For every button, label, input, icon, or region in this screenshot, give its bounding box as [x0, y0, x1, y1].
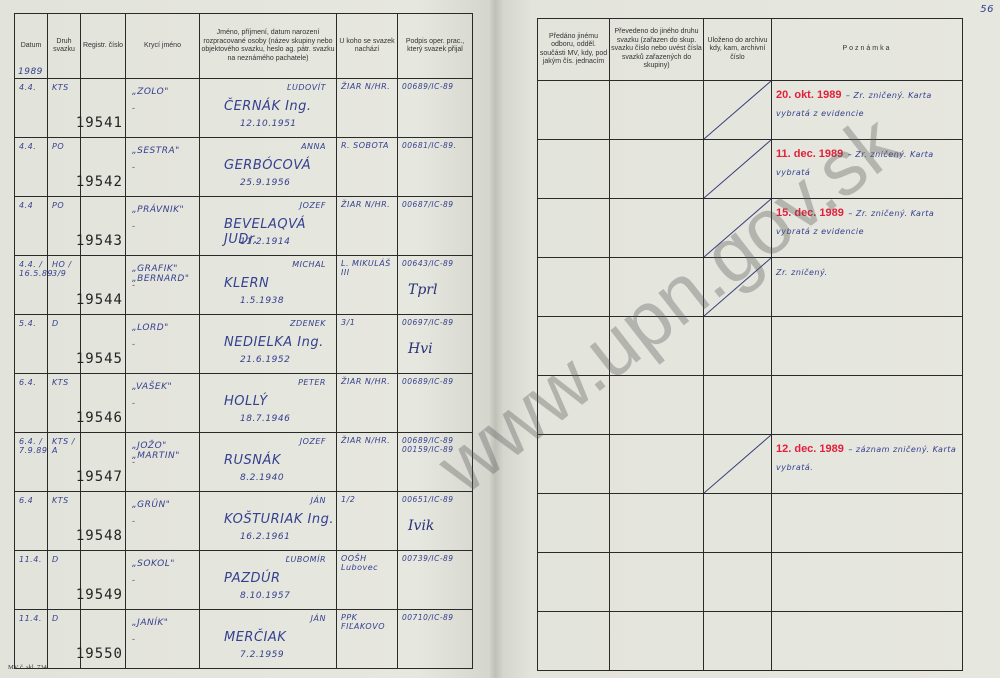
officer-reference: 00739/IC-89 [402, 554, 454, 563]
date-stamp: 12. dec. 1989 [776, 443, 844, 455]
archived-cell [704, 612, 772, 671]
header-kryci-jmeno: Krycí jméno [126, 14, 200, 79]
note-cell [772, 317, 963, 376]
first-name: JOZEF [300, 201, 326, 210]
header-predano: Předáno jinému odboru, odděl. součásti M… [538, 19, 610, 81]
person-cell: JÁNKOŠTURIAK Ing.16.2.1961 [200, 492, 337, 551]
person-cell: JOZEFBEVELAQVÁ JUDr.11.2.1914 [200, 197, 337, 256]
person-cell: ANNAGERBÓCOVÁ25.9.1956 [200, 138, 337, 197]
register-row: 11.4.D19549„SOKOL"-ĽUBOMÍRPAZDÚR8.10.195… [15, 551, 473, 610]
entry-date: 11.4. [19, 614, 42, 623]
archived-cell [704, 199, 772, 258]
note-cell: 11. dec. 1989 – Zr. zničený. Karta vybra… [772, 140, 963, 199]
location-cell: ŽIAR N/HR. [337, 197, 398, 256]
converted-cell [610, 317, 704, 376]
reg-cell: 19542 [81, 138, 126, 197]
signature-cell: 00681/IC-89. [398, 138, 473, 197]
surname: MERČIAK [224, 630, 286, 645]
first-name: ANNA [301, 142, 326, 151]
transferred-cell [538, 140, 610, 199]
signature-cell: 00687/IC-89 [398, 197, 473, 256]
first-name: PETER [298, 378, 326, 387]
birth-date: 8.10.1957 [240, 591, 290, 601]
register-row-right: 11. dec. 1989 – Zr. zničený. Karta vybra… [538, 140, 963, 199]
cover-name: „GRAFIK" „BERNARD" [132, 264, 199, 284]
register-row-right: 12. dec. 1989 – záznam zničený. Karta vy… [538, 435, 963, 494]
location-cell: 3/1 [337, 315, 398, 374]
converted-cell [610, 494, 704, 553]
registration-number: 19545 [76, 351, 123, 367]
cover-name: „VAŠEK" [132, 382, 172, 392]
officer-reference: 00687/IC-89 [402, 200, 454, 209]
date-cell: 4.4. [15, 79, 48, 138]
archived-cell [704, 435, 772, 494]
signature-cell: 00739/IC-89 [398, 551, 473, 610]
reg-cell: 19549 [81, 551, 126, 610]
date-cell: 4.4. [15, 138, 48, 197]
registration-number: 19541 [76, 115, 123, 131]
note-cell [772, 553, 963, 612]
diagonal-strike-icon [704, 81, 771, 139]
transferred-cell [538, 435, 610, 494]
file-kind: D [52, 555, 59, 564]
date-cell: 4.4 [15, 197, 48, 256]
file-location: ŽIAR N/HR. [341, 377, 390, 386]
note-cell: 20. okt. 1989 – Zr. zničený. Karta vybra… [772, 81, 963, 140]
birth-date: 21.6.1952 [240, 355, 290, 365]
registration-number: 19543 [76, 233, 123, 249]
entry-date: 4.4. [19, 142, 36, 151]
register-row-right [538, 553, 963, 612]
cover-cell: „JANÍK"- [126, 610, 200, 669]
surname: GERBÓCOVÁ [224, 158, 311, 173]
signature-cell: 00689/IC-89 00159/IC-89 [398, 433, 473, 492]
registration-number: 19547 [76, 469, 123, 485]
note-cell [772, 376, 963, 435]
date-cell: 6.4. [15, 374, 48, 433]
diagonal-strike-icon [704, 140, 771, 198]
transferred-cell [538, 317, 610, 376]
officer-reference: 00681/IC-89. [402, 141, 456, 150]
note-text: Zr. zničený. [776, 268, 828, 277]
officer-reference: 00651/IC-89 [402, 495, 454, 504]
header-poznamka: Poznámka [772, 19, 963, 81]
signature-cell: 00643/IC-89Tprl [398, 256, 473, 315]
register-row-right [538, 612, 963, 671]
surname: KOŠTURIAK Ing. [224, 512, 334, 527]
register-row: 4.4PO19543„PRÁVNIK"-JOZEFBEVELAQVÁ JUDr.… [15, 197, 473, 256]
location-cell: ŽIAR N/HR. [337, 433, 398, 492]
register-row-right: 20. okt. 1989 – Zr. zničený. Karta vybra… [538, 81, 963, 140]
registration-number: 19549 [76, 587, 123, 603]
converted-cell [610, 435, 704, 494]
date-stamp: 15. dec. 1989 [776, 207, 844, 219]
entry-date: 6.4. / 7.9.89 [19, 437, 47, 455]
reg-cell: 19546 [81, 374, 126, 433]
register-row: 6.4. / 7.9.89KTS / A19547„JOŽO" „MARTIN"… [15, 433, 473, 492]
archived-cell [704, 258, 772, 317]
registration-number: 19546 [76, 410, 123, 426]
birth-date: 11.2.1914 [240, 237, 290, 247]
cover-cell: „SESTRA"- [126, 138, 200, 197]
diagonal-strike-icon [704, 435, 771, 493]
header-druh-svazku: Druh svazku [48, 14, 81, 79]
header-ulozeno: Uloženo do archivu kdy, kam, archivní čí… [704, 19, 772, 81]
file-kind: KTS / A [52, 437, 80, 455]
register-row: 4.4.PO19542„SESTRA"-ANNAGERBÓCOVÁ25.9.19… [15, 138, 473, 197]
register-row: 11.4.D19550„JANÍK"-JÁNMERČIAK7.2.1959PPK… [15, 610, 473, 669]
birth-date: 7.2.1959 [240, 650, 284, 660]
person-cell: PETERHOLLÝ18.7.1946 [200, 374, 337, 433]
first-name: ZDENEK [290, 319, 326, 328]
signature-mark: Ivik [408, 518, 434, 534]
date-stamp: 20. okt. 1989 [776, 89, 841, 101]
register-row-right [538, 376, 963, 435]
cover-name: „PRÁVNIK" [132, 205, 184, 215]
file-kind: HO / 3/9 [52, 260, 80, 278]
transferred-cell [538, 376, 610, 435]
signature-cell: 00710/IC-89 [398, 610, 473, 669]
page-number: 56 [980, 4, 994, 15]
registration-number: 19542 [76, 174, 123, 190]
register-row: 5.4.D19545„LORD"-ZDENEKNEDIELKA Ing.21.6… [15, 315, 473, 374]
cover-cell: „GRÜN"- [126, 492, 200, 551]
reg-cell: 19541 [81, 79, 126, 138]
person-cell: JÁNMERČIAK7.2.1959 [200, 610, 337, 669]
converted-cell [610, 199, 704, 258]
entry-date: 6.4 [19, 496, 33, 505]
location-cell: PPK FIĽAKOVO [337, 610, 398, 669]
first-name: JÁN [311, 614, 326, 623]
location-cell: R. SOBOTA [337, 138, 398, 197]
location-cell: L. MIKULÁŠ III [337, 256, 398, 315]
cover-name: „LORD" [132, 323, 169, 333]
location-cell: ŽIAR N/HR. [337, 374, 398, 433]
diagonal-strike-icon [704, 258, 771, 316]
file-location: OOŠH Lubovec [341, 554, 397, 572]
location-cell: OOŠH Lubovec [337, 551, 398, 610]
note-cell: 15. dec. 1989 – Zr. zničený. Karta vybra… [772, 199, 963, 258]
surname: RUSNÁK [224, 453, 281, 468]
cover-cell: „PRÁVNIK"- [126, 197, 200, 256]
register-row: 4.4.KTS19541„ZOLO"-ĽUDOVÍTČERNÁK Ing.12.… [15, 79, 473, 138]
header-datum: Datum1989 [15, 14, 48, 79]
person-cell: JOZEFRUSNÁK8.2.1940 [200, 433, 337, 492]
file-location: PPK FIĽAKOVO [341, 613, 397, 631]
transferred-cell [538, 553, 610, 612]
person-cell: ZDENEKNEDIELKA Ing.21.6.1952 [200, 315, 337, 374]
header-podpis: Podpis oper. prac., který svazek přijal [398, 14, 473, 79]
register-row: 6.4KTS19548„GRÜN"-JÁNKOŠTURIAK Ing.16.2.… [15, 492, 473, 551]
surname: KLERN [224, 276, 269, 291]
file-location: R. SOBOTA [341, 141, 389, 150]
cover-name: „SESTRA" [132, 146, 180, 156]
signature-cell: 00651/IC-89Ivik [398, 492, 473, 551]
transferred-cell [538, 81, 610, 140]
reg-cell: 19544 [81, 256, 126, 315]
cover-name: „GRÜN" [132, 500, 170, 510]
file-location: ŽIAR N/HR. [341, 436, 390, 445]
signature-cell: 00697/IC-89Hvi [398, 315, 473, 374]
file-kind: D [52, 614, 59, 623]
entry-date: 6.4. [19, 378, 36, 387]
year-label: 1989 [18, 68, 43, 77]
file-kind: KTS [52, 378, 69, 387]
file-location: 1/2 [341, 495, 355, 504]
first-name: JOZEF [300, 437, 326, 446]
register-row-right: 15. dec. 1989 – Zr. zničený. Karta vybra… [538, 199, 963, 258]
surname: ČERNÁK Ing. [224, 99, 312, 114]
register-row-right [538, 317, 963, 376]
file-kind: KTS [52, 83, 69, 92]
date-cell: 11.4. [15, 610, 48, 669]
reg-cell: 19548 [81, 492, 126, 551]
converted-cell [610, 140, 704, 199]
note-cell: Zr. zničený. [772, 258, 963, 317]
date-cell: 6.4. / 7.9.89 [15, 433, 48, 492]
first-name: MICHAL [292, 260, 326, 269]
transferred-cell [538, 612, 610, 671]
reg-cell: 19550 [81, 610, 126, 669]
date-cell: 6.4 [15, 492, 48, 551]
first-name: ĽUDOVÍT [287, 83, 326, 92]
header-jmeno-prijmeni: Jméno, příjmení, datum narození rozpraco… [200, 14, 337, 79]
register-row-right: Zr. zničený. [538, 258, 963, 317]
registration-number: 19544 [76, 292, 123, 308]
entry-date: 4.4. [19, 83, 36, 92]
officer-reference: 00697/IC-89 [402, 318, 454, 327]
cover-name: „JANÍK" [132, 618, 168, 628]
cover-name: „ZOLO" [132, 87, 169, 97]
file-location: L. MIKULÁŠ III [341, 259, 397, 277]
reg-cell: 19545 [81, 315, 126, 374]
file-kind: PO [52, 142, 64, 151]
birth-date: 8.2.1940 [240, 473, 284, 483]
signature-cell: 00689/IC-89 [398, 79, 473, 138]
reg-cell: 19543 [81, 197, 126, 256]
person-cell: MICHALKLERN1.5.1938 [200, 256, 337, 315]
date-cell: 11.4. [15, 551, 48, 610]
date-stamp: 11. dec. 1989 [776, 148, 843, 160]
archived-cell [704, 140, 772, 199]
officer-reference: 00710/IC-89 [402, 613, 454, 622]
entry-date: 5.4. [19, 319, 36, 328]
transferred-cell [538, 494, 610, 553]
first-name: JÁN [311, 496, 326, 505]
surname: NEDIELKA Ing. [224, 335, 324, 350]
first-name: ĽUBOMÍR [286, 555, 326, 564]
cover-cell: „VAŠEK"- [126, 374, 200, 433]
cover-name: „JOŽO" „MARTIN" [132, 441, 199, 461]
birth-date: 16.2.1961 [240, 532, 290, 542]
signature-cell: 00689/IC-89 [398, 374, 473, 433]
registration-number: 19550 [76, 646, 123, 662]
entry-date: 4.4 [19, 201, 33, 210]
register-row-right [538, 494, 963, 553]
person-cell: ĽUBOMÍRPAZDÚR8.10.1957 [200, 551, 337, 610]
cover-cell: „GRAFIK" „BERNARD"- [126, 256, 200, 315]
signature-mark: Hvi [408, 341, 433, 357]
note-cell: 12. dec. 1989 – záznam zničený. Karta vy… [772, 435, 963, 494]
header-registr-cislo: Registr. číslo [81, 14, 126, 79]
birth-date: 12.10.1951 [240, 119, 297, 129]
cover-cell: „SOKOL"- [126, 551, 200, 610]
transferred-cell [538, 199, 610, 258]
file-kind: KTS [52, 496, 69, 505]
officer-reference: 00689/IC-89 [402, 377, 454, 386]
archived-cell [704, 317, 772, 376]
file-location: ŽIAR N/HR. [341, 82, 390, 91]
converted-cell [610, 612, 704, 671]
cover-cell: „LORD"- [126, 315, 200, 374]
file-location: 3/1 [341, 318, 355, 327]
person-cell: ĽUDOVÍTČERNÁK Ing.12.10.1951 [200, 79, 337, 138]
file-kind: D [52, 319, 59, 328]
cover-cell: „JOŽO" „MARTIN"- [126, 433, 200, 492]
signature-mark: Tprl [408, 282, 437, 298]
registration-number: 19548 [76, 528, 123, 544]
diagonal-strike-icon [704, 199, 771, 257]
converted-cell [610, 258, 704, 317]
date-cell: 4.4. / 16.5.89 [15, 256, 48, 315]
note-cell [772, 612, 963, 671]
transferred-cell [538, 258, 610, 317]
surname: HOLLÝ [224, 394, 268, 409]
officer-reference: 00689/IC-89 00159/IC-89 [402, 436, 472, 454]
location-cell: 1/2 [337, 492, 398, 551]
date-cell: 5.4. [15, 315, 48, 374]
reg-cell: 19547 [81, 433, 126, 492]
converted-cell [610, 553, 704, 612]
header-prevedeno: Převedeno do jiného druhu svazku (zařaze… [610, 19, 704, 81]
archived-cell [704, 494, 772, 553]
birth-date: 1.5.1938 [240, 296, 284, 306]
converted-cell [610, 81, 704, 140]
converted-cell [610, 376, 704, 435]
register-table-right: Předáno jinému odboru, odděl. součásti M… [537, 18, 963, 671]
archived-cell [704, 553, 772, 612]
officer-reference: 00689/IC-89 [402, 82, 454, 91]
register-row: 4.4. / 16.5.89HO / 3/919544„GRAFIK" „BER… [15, 256, 473, 315]
birth-date: 18.7.1946 [240, 414, 290, 424]
archived-cell [704, 376, 772, 435]
cover-name: „SOKOL" [132, 559, 175, 569]
archived-cell [704, 81, 772, 140]
register-table-left: Datum1989 Druh svazku Registr. číslo Kry… [14, 13, 473, 669]
entry-date: 11.4. [19, 555, 42, 564]
birth-date: 25.9.1956 [240, 178, 290, 188]
cover-cell: „ZOLO"- [126, 79, 200, 138]
officer-reference: 00643/IC-89 [402, 259, 454, 268]
file-kind: PO [52, 201, 64, 210]
file-location: ŽIAR N/HR. [341, 200, 390, 209]
surname: PAZDÚR [224, 571, 281, 586]
register-row: 6.4.KTS19546„VAŠEK"-PETERHOLLÝ18.7.1946Ž… [15, 374, 473, 433]
header-u-koho: U koho se svazek nachází [337, 14, 398, 79]
location-cell: ŽIAR N/HR. [337, 79, 398, 138]
book-spine [488, 0, 504, 678]
note-cell [772, 494, 963, 553]
